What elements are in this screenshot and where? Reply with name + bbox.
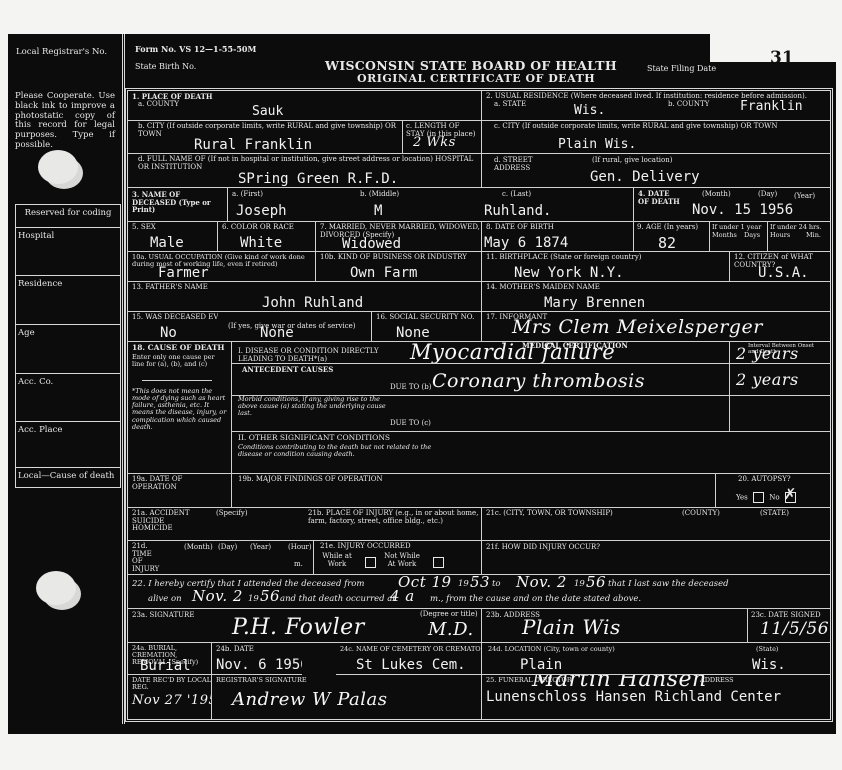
cause-of-death-instructions: 18. CAUSE OF DEATH Enter only one cause …: [128, 342, 232, 474]
burial-state-value: Wis.: [752, 657, 786, 673]
residence-state-value: Wis.: [574, 103, 605, 118]
field-citizenship[interactable]: 12. CITIZEN of WHAT COUNTRY? U.S.A.: [730, 252, 830, 282]
state-birth-no-label: State Birth No.: [135, 62, 196, 71]
reserved-label: Reserved for coding: [16, 204, 120, 226]
field-cause-b[interactable]: ANTECEDENT CAUSES DUE TO (b) Coronary th…: [232, 364, 730, 396]
first-name-value: Joseph: [236, 203, 287, 219]
attended-from-year: 53: [470, 575, 490, 591]
field-physician-address[interactable]: 23b. ADDRESS Plain Wis: [482, 609, 748, 643]
autopsy-no-checkbox[interactable]: ✗: [785, 492, 796, 503]
residence-county-value: Franklin: [740, 99, 803, 114]
field-cemetery[interactable]: 24c. NAME OF CEMETERY OR CREMATORY St Lu…: [336, 643, 482, 675]
field-social-security[interactable]: 16. SOCIAL SECURITY NO. None: [372, 312, 482, 342]
residence-city-value: Plain Wis.: [558, 137, 636, 152]
field-date-of-operation[interactable]: 19a. DATE OF OPERATION: [128, 474, 232, 508]
last-name-value: Ruhland.: [484, 203, 551, 219]
coding-row-hospital: Hospital: [16, 227, 120, 244]
punch-hole: [38, 150, 78, 184]
autopsy-yes-checkbox[interactable]: [753, 492, 764, 503]
certificate-subtitle: ORIGINAL CERTIFICATE OF DEATH: [357, 72, 595, 85]
check-mark-icon: ✗: [784, 486, 797, 503]
field-middle-name[interactable]: b. (Middle) M: [354, 188, 482, 222]
field-date-signed[interactable]: 23c. DATE SIGNED 11/5/56: [748, 609, 830, 643]
field-death-county[interactable]: 1. PLACE OF DEATH a. COUNTY Sauk: [128, 91, 482, 121]
attended-to-year: 56: [586, 575, 606, 591]
ssn-value: None: [396, 325, 430, 341]
punch-hole: [36, 571, 76, 605]
field-interval-c[interactable]: [730, 396, 830, 432]
field-burial-type[interactable]: 24a. BURIAL, CREMATION, REMOVAL (Specify…: [128, 643, 212, 675]
dob-value: May 6 1874: [484, 235, 568, 251]
field-date-of-death[interactable]: 4. DATE OF DEATH (Month) (Day) (Year) No…: [634, 188, 830, 222]
field-business[interactable]: 10b. KIND OF BUSINESS OR INDUSTRY Own Fa…: [316, 252, 482, 282]
local-registrar-label: Local Registrar's No.: [16, 48, 107, 58]
citizen-value: U.S.A.: [758, 265, 809, 281]
field-hospital[interactable]: d. FULL NAME OF (If not in hospital or i…: [128, 154, 482, 188]
field-marital-status[interactable]: 7. MARRIED, NEVER MARRIED, WIDOWED, DIVO…: [316, 222, 482, 252]
field-burial-location[interactable]: 24d. LOCATION (City, town or county) Pla…: [482, 643, 830, 675]
label-name-of-deceased: 3. NAME OF DECEASED (Type or Print): [128, 188, 228, 222]
state-filing-date-label: State Filing Date: [647, 64, 716, 73]
death-county-value: Sauk: [252, 104, 283, 119]
field-operation-findings[interactable]: 19b. MAJOR FINDINGS OF OPERATION: [232, 474, 716, 508]
divider: [142, 380, 212, 381]
marital-value: Widowed: [342, 236, 401, 252]
attended-to-date: Nov. 2: [516, 575, 567, 591]
certificate-title: WISCONSIN STATE BOARD OF HEALTH: [325, 58, 617, 73]
interval-b-value: 2 years: [736, 370, 799, 389]
birthplace-value: New York N.Y.: [514, 265, 624, 281]
date-signed-value: 11/5/56: [760, 619, 829, 639]
field-armed-dates[interactable]: (If yes, give war or dates of service) N…: [218, 312, 372, 342]
funeral-director-value: Lunenschloss Hansen Richland Center: [486, 689, 781, 705]
physician-address-value: Plain Wis: [522, 615, 621, 639]
field-injury-occurred[interactable]: 21e. INJURY OCCURRED While at Work Not W…: [314, 541, 482, 575]
field-informant[interactable]: 17. INFORMANT Mrs Clem Meixelsperger: [482, 312, 830, 342]
coding-box: Reserved for coding Hospital Residence A…: [15, 204, 121, 488]
field-date-of-birth[interactable]: 8. DATE OF BIRTH May 6 1874: [482, 222, 634, 252]
alive-on-date: Nov. 2: [192, 587, 243, 605]
field-autopsy[interactable]: 20. AUTOPSY? Yes No ✗: [716, 474, 830, 508]
death-time: 4 a: [390, 587, 415, 605]
field-first-name[interactable]: a. (First) Joseph: [228, 188, 354, 222]
physician-signature: P.H. Fowler: [232, 615, 365, 640]
cemetery-value: St Lukes Cem.: [356, 657, 466, 673]
sex-value: Male: [150, 235, 184, 251]
field-burial-date[interactable]: 24b. DATE Nov. 6 1956: [212, 643, 302, 675]
field-length-of-stay[interactable]: c. LENGTH OF STAY (in this place) 2 Wks: [403, 121, 482, 154]
while-at-work-checkbox[interactable]: [365, 557, 376, 568]
date-of-death-value: Nov. 15 1956: [692, 202, 793, 218]
death-certificate-form: Form No. VS 12—1-55-50M State Birth No. …: [122, 34, 833, 724]
autopsy-yes-label: Yes: [736, 494, 748, 502]
coding-row-age: Age: [16, 324, 120, 341]
date-received-value: Nov 27 '1956: [132, 693, 212, 708]
field-place-of-injury[interactable]: 21b. PLACE OF INJURY (e.g., in or about …: [272, 508, 482, 541]
father-value: John Ruhland: [262, 295, 363, 311]
street-value: Gen. Delivery: [590, 169, 700, 185]
field-last-name[interactable]: c. (Last) Ruhland.: [482, 188, 634, 222]
field-residence-state-county[interactable]: 2. USUAL RESIDENCE (Where deceased lived…: [482, 91, 830, 121]
field-father-name[interactable]: 13. FATHER'S NAME John Ruhland: [128, 282, 482, 312]
cause-b-value: Coronary thrombosis: [432, 370, 645, 392]
mother-value: Mary Brennen: [544, 295, 645, 311]
field-residence-city[interactable]: c. CITY (If outside corporate limits, wr…: [482, 121, 830, 154]
middle-name-value: M: [374, 203, 382, 219]
race-value: White: [240, 235, 282, 251]
informant-value: Mrs Clem Meixelsperger: [512, 316, 763, 338]
field-mother-name[interactable]: 14. MOTHER'S MAIDEN NAME Mary Brennen: [482, 282, 830, 312]
physician-degree: M.D.: [428, 619, 474, 640]
autopsy-no-label: No: [769, 494, 779, 502]
interval-a-value: 2 years: [736, 344, 799, 363]
field-interval-b[interactable]: 2 years: [730, 364, 830, 396]
alive-on-year: 56: [260, 587, 280, 605]
business-value: Own Farm: [350, 265, 417, 281]
burial-type-value: Burial: [140, 658, 191, 674]
coding-row-acc-co: Acc. Co.: [16, 373, 120, 390]
field-birthplace[interactable]: 11. BIRTHPLACE (State or foreign country…: [482, 252, 730, 282]
age-value: 82: [658, 234, 676, 252]
field-street-address[interactable]: d. STREET ADDRESS (If rural, give locati…: [482, 154, 830, 188]
field-other-conditions[interactable]: II. OTHER SIGNIFICANT CONDITIONS Conditi…: [232, 432, 830, 474]
field-injury-location[interactable]: 21c. (CITY, TOWN, OR TOWNSHIP) (COUNTY) …: [482, 508, 830, 541]
cause-a-value: Myocardial failure: [410, 342, 615, 364]
cooperate-note: Please Cooperate. Use black ink to impro…: [15, 92, 115, 151]
field-under-1-year[interactable]: If under 1 year Months Days: [710, 222, 768, 252]
field-date-received[interactable]: DATE REC'D BY LOCAL REG. Nov 27 '1956: [128, 675, 212, 719]
form-grid: 1. PLACE OF DEATH a. COUNTY Sauk 2. USUA…: [125, 88, 833, 722]
field-sex[interactable]: 5. SEX Male: [128, 222, 218, 252]
stay-value: 2 Wks: [413, 135, 456, 150]
armed-dates-value: None: [260, 325, 294, 341]
field-funeral-director[interactable]: 25. FUNERAL DIRECTOR Martin Hansen ADDRE…: [482, 675, 830, 719]
field-how-injury-occurred[interactable]: 21f. HOW DID INJURY OCCUR?: [482, 541, 830, 575]
field-occupation[interactable]: 10a. USUAL OCCUPATION (Give kind of work…: [128, 252, 316, 282]
field-registrar-signature[interactable]: REGISTRAR'S SIGNATURE Andrew W Palas: [212, 675, 482, 719]
field-physician-certification[interactable]: 22. I hereby certify that I attended the…: [128, 575, 830, 609]
hospital-value: SPring Green R.F.D.: [238, 171, 398, 187]
registrar-signature-value: Andrew W Palas: [232, 689, 387, 710]
coding-row-residence: Residence: [16, 275, 120, 292]
occupation-value: Farmer: [158, 265, 209, 281]
burial-location-value: Plain: [520, 657, 562, 673]
field-armed-forces[interactable]: 15. WAS DECEASED EVER IN U.S. ARMED FORC…: [128, 312, 218, 342]
armed-value: No: [160, 325, 177, 341]
field-interval-a[interactable]: Interval Between Onset and Death 2 years: [730, 342, 830, 364]
coding-row-local-cause: Local—Cause of death: [16, 467, 120, 484]
death-city-value: Rural Franklin: [194, 137, 312, 153]
not-while-at-work-checkbox[interactable]: [433, 557, 444, 568]
field-death-city[interactable]: b. CITY (If outside corporate limits, wr…: [128, 121, 403, 154]
field-race[interactable]: 6. COLOR OR RACE White: [218, 222, 316, 252]
field-signature[interactable]: 23a. SIGNATURE P.H. Fowler (Degree or ti…: [128, 609, 482, 643]
field-under-24-hours[interactable]: If under 24 hrs. Hours Min.: [768, 222, 830, 252]
form-number: Form No. VS 12—1-55-50M: [135, 44, 256, 54]
field-time-of-injury[interactable]: 21d. TIME OF INJURY (Month) (Day) (Year)…: [128, 541, 314, 575]
field-age[interactable]: 9. AGE (In years) 82: [634, 222, 710, 252]
field-cause-a[interactable]: MEDICAL CERTIFICATION I. DISEASE OR COND…: [232, 342, 730, 364]
field-cause-c[interactable]: Morbid conditions, if any, giving rise t…: [232, 396, 730, 432]
field-accident-type[interactable]: 21a. ACCIDENT SUICIDE HOMICIDE (Specify): [128, 508, 272, 541]
burial-date-value: Nov. 6 1956: [216, 657, 302, 673]
coding-row-acc-place: Acc. Place: [16, 421, 120, 438]
